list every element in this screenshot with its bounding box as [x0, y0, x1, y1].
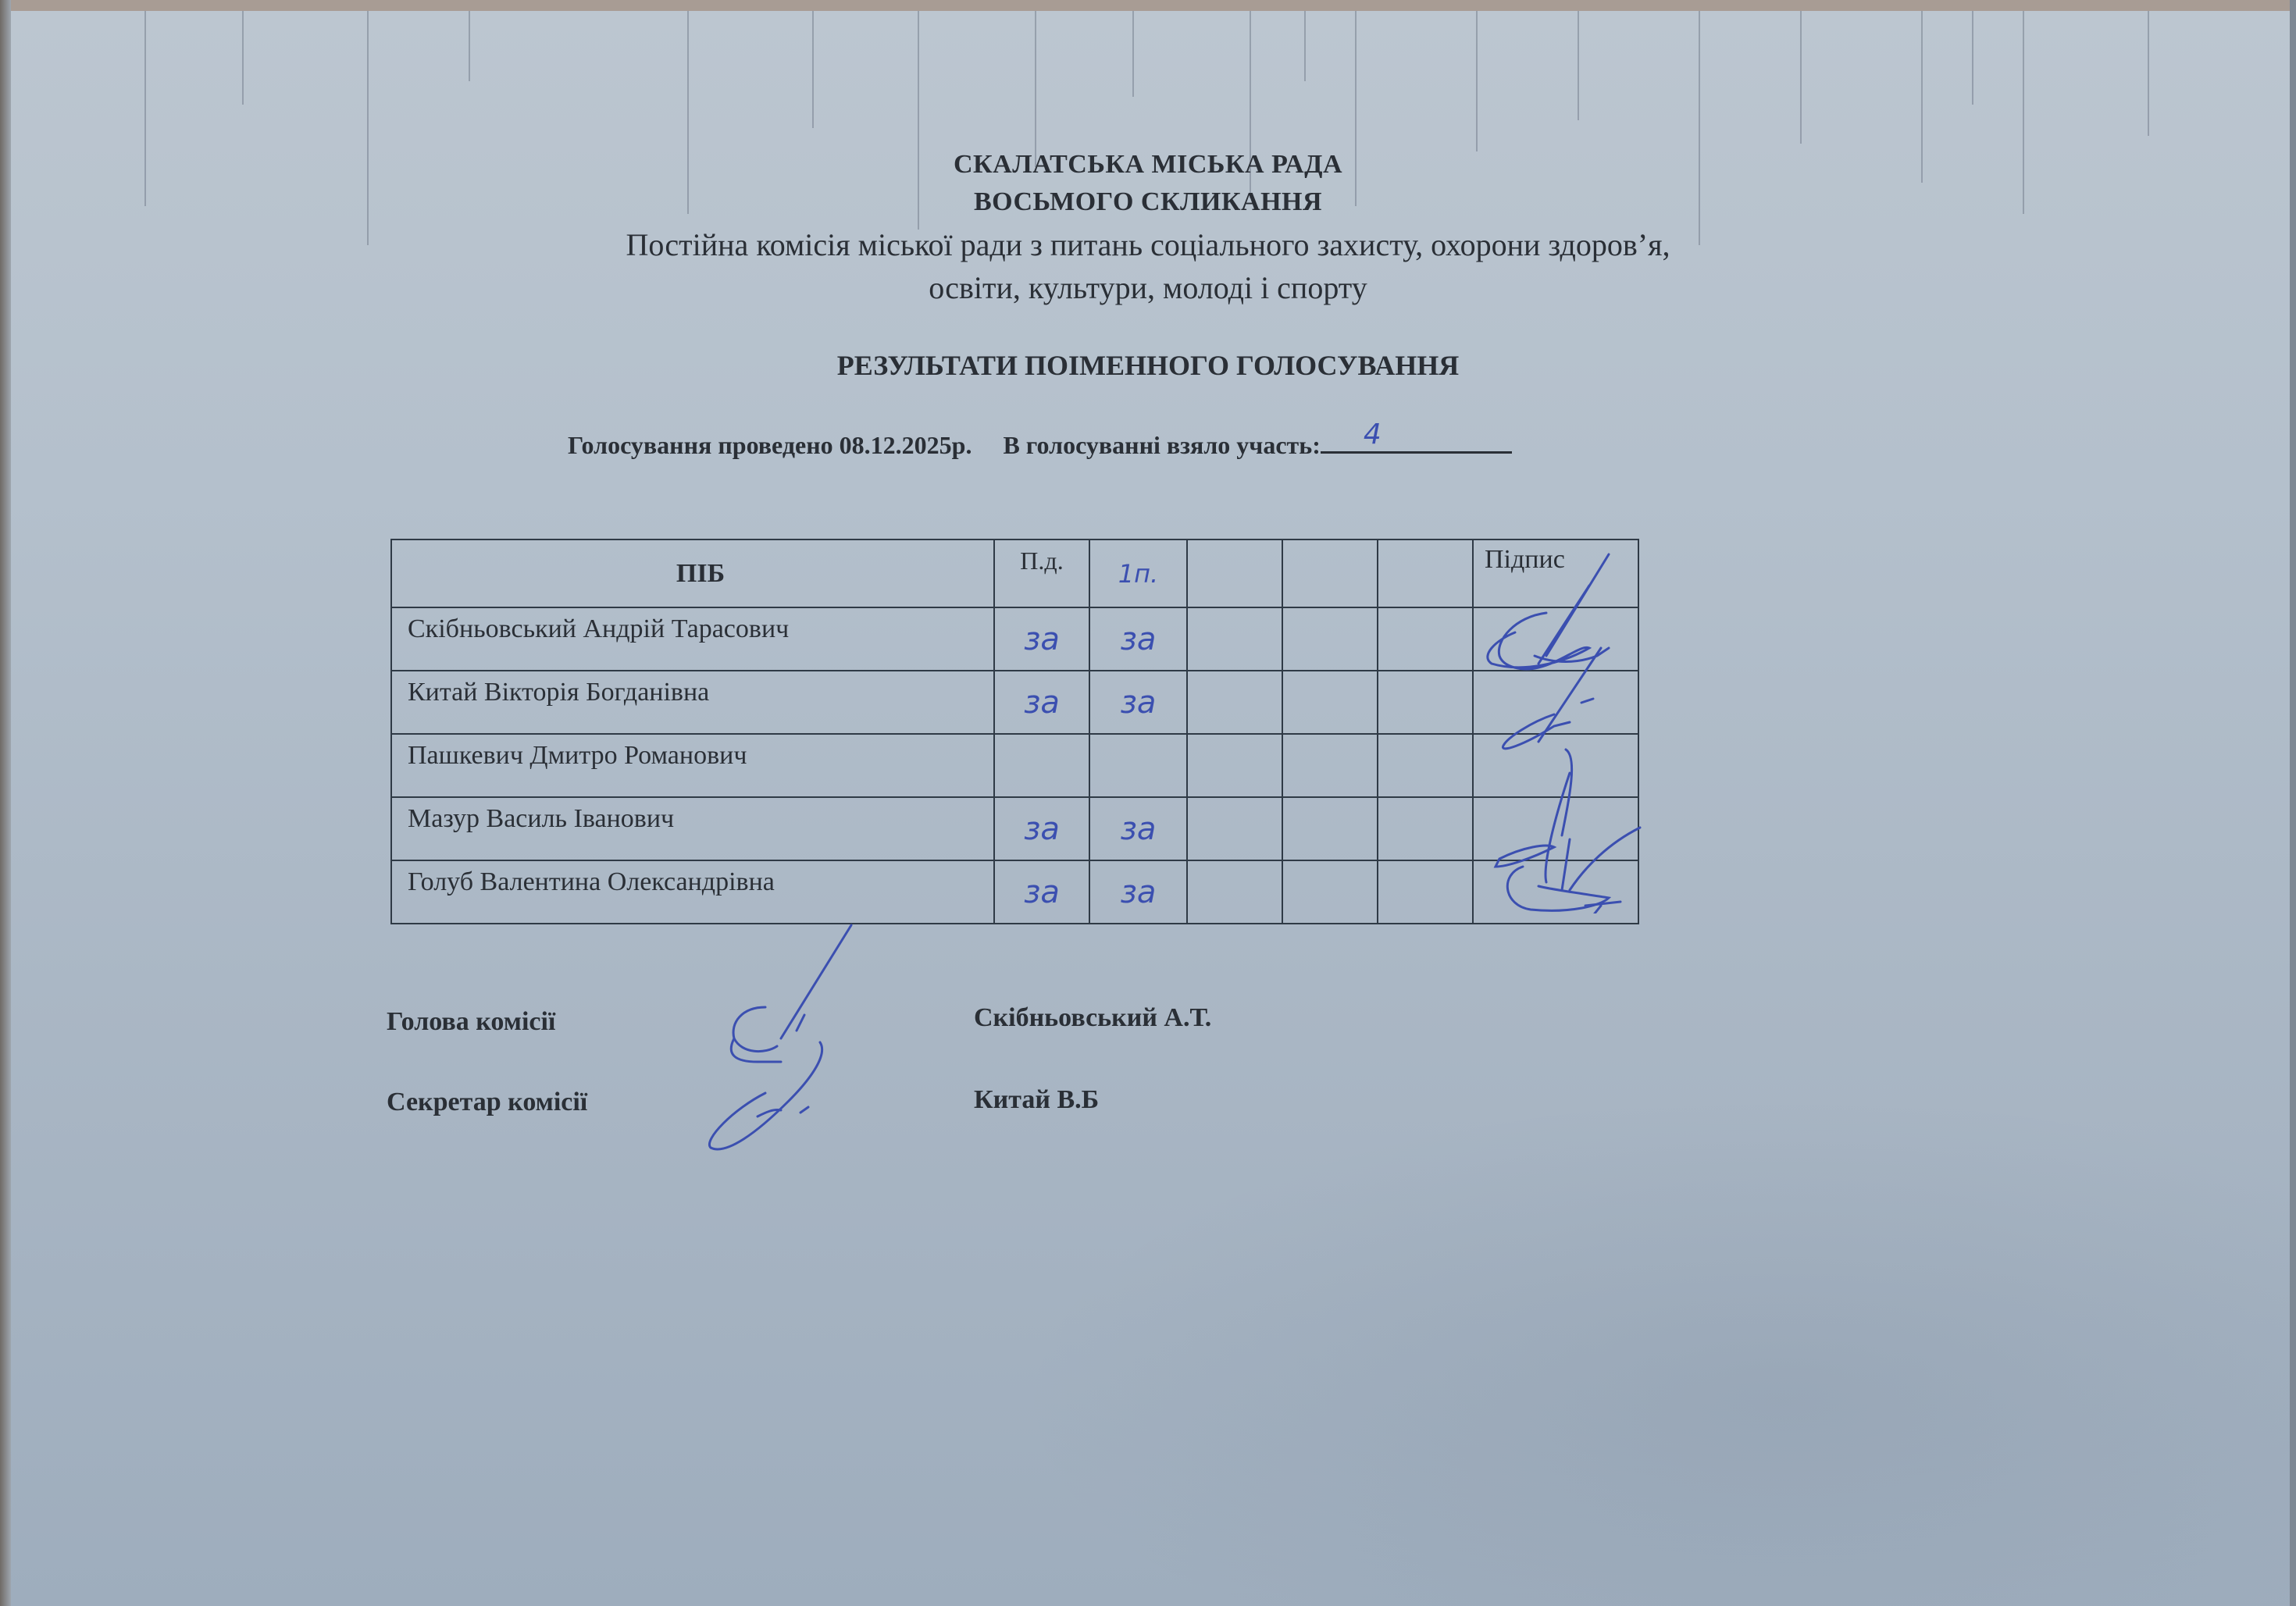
item1-vote: за — [1089, 607, 1187, 671]
header-name: ПІБ — [391, 539, 994, 607]
signature-cell — [1473, 734, 1638, 797]
header-item-1: 1п. — [1089, 539, 1187, 607]
agenda-vote — [994, 734, 1089, 797]
header-agenda: П.д. — [994, 539, 1089, 607]
participants-count: 4 — [1364, 418, 1382, 450]
crease-mark — [1578, 11, 1579, 120]
empty-cell — [1282, 797, 1378, 860]
item1-vote: за — [1089, 860, 1187, 924]
crease-mark — [1476, 11, 1478, 151]
empty-cell — [1187, 671, 1282, 734]
empty-cell — [1187, 860, 1282, 924]
header-empty-1 — [1187, 539, 1282, 607]
table-row: Мазур Василь Іванович за за — [391, 797, 1638, 860]
signature-cell — [1473, 797, 1638, 860]
chair-name: Скібньовський А.Т. — [974, 1003, 1211, 1033]
secretary-signature — [672, 1038, 859, 1163]
empty-cell — [1282, 860, 1378, 924]
document-title: РЕЗУЛЬТАТИ ПОІМЕННОГО ГОЛОСУВАННЯ — [0, 349, 2296, 382]
member-name: Голуб Валентина Олександрівна — [391, 860, 994, 924]
table-header-row: ПІБ П.д. 1п. Підпис — [391, 539, 1638, 607]
empty-cell — [1187, 734, 1282, 797]
empty-cell — [1282, 671, 1378, 734]
participants-label: В голосуванні взяло участь: — [1003, 431, 1320, 459]
crease-mark — [1035, 11, 1036, 167]
convocation: ВОСЬМОГО СКЛИКАННЯ — [0, 187, 2296, 217]
signature-cell — [1473, 860, 1638, 924]
organization-name: СКАЛАТСЬКА МІСЬКА РАДА — [0, 150, 2296, 180]
crease-mark — [1800, 11, 1802, 144]
paper-shadow — [1015, 1093, 2296, 1606]
crease-mark — [469, 11, 470, 81]
crease-mark — [242, 11, 244, 105]
agenda-vote: за — [994, 797, 1089, 860]
table-row: Пашкевич Дмитро Романович — [391, 734, 1638, 797]
header-signature: Підпис — [1473, 539, 1638, 607]
crease-mark — [812, 11, 814, 128]
crease-mark — [1304, 11, 1306, 81]
empty-cell — [1378, 671, 1473, 734]
crease-mark — [1972, 11, 1973, 105]
photo-top-edge — [0, 0, 2296, 11]
item1-vote — [1089, 734, 1187, 797]
chair-label: Голова комісії — [387, 1007, 555, 1037]
empty-cell — [1187, 797, 1282, 860]
signature-cell — [1473, 671, 1638, 734]
empty-cell — [1378, 607, 1473, 671]
header-empty-3 — [1378, 539, 1473, 607]
item1-vote: за — [1089, 797, 1187, 860]
member-name: Китай Вікторія Богданівна — [391, 671, 994, 734]
agenda-vote: за — [994, 860, 1089, 924]
agenda-vote: за — [994, 671, 1089, 734]
item1-vote: за — [1089, 671, 1187, 734]
vote-table: ПІБ П.д. 1п. Підпис Скібньовський Андрій… — [390, 539, 1639, 924]
voting-date: Голосування проведено 08.12.2025р. — [568, 431, 972, 459]
commission-name-line-1: Постійна комісія міської ради з питань с… — [0, 226, 2296, 263]
secretary-label: Секретар комісії — [387, 1088, 587, 1117]
member-name: Мазур Василь Іванович — [391, 797, 994, 860]
crease-mark — [1132, 11, 1134, 97]
empty-cell — [1282, 734, 1378, 797]
empty-cell — [1378, 797, 1473, 860]
empty-cell — [1187, 607, 1282, 671]
commission-name-line-2: освіти, культури, молоді і спорту — [0, 269, 2296, 306]
crease-mark — [2148, 11, 2149, 136]
signature-cell — [1473, 607, 1638, 671]
table-row: Голуб Валентина Олександрівна за за — [391, 860, 1638, 924]
table-row: Китай Вікторія Богданівна за за — [391, 671, 1638, 734]
secretary-name: Китай В.Б — [974, 1085, 1099, 1115]
header-empty-2 — [1282, 539, 1378, 607]
crease-mark — [2023, 11, 2024, 214]
empty-cell — [1282, 607, 1378, 671]
chair-signature — [687, 921, 875, 1156]
empty-cell — [1378, 860, 1473, 924]
member-name: Скібньовський Андрій Тарасович — [391, 607, 994, 671]
member-name: Пашкевич Дмитро Романович — [391, 734, 994, 797]
voting-meta: Голосування проведено 08.12.2025р. В гол… — [568, 428, 1512, 460]
crease-mark — [687, 11, 689, 214]
agenda-vote: за — [994, 607, 1089, 671]
empty-cell — [1378, 734, 1473, 797]
table-row: Скібньовський Андрій Тарасович за за — [391, 607, 1638, 671]
participants-field: 4 — [1321, 428, 1512, 454]
